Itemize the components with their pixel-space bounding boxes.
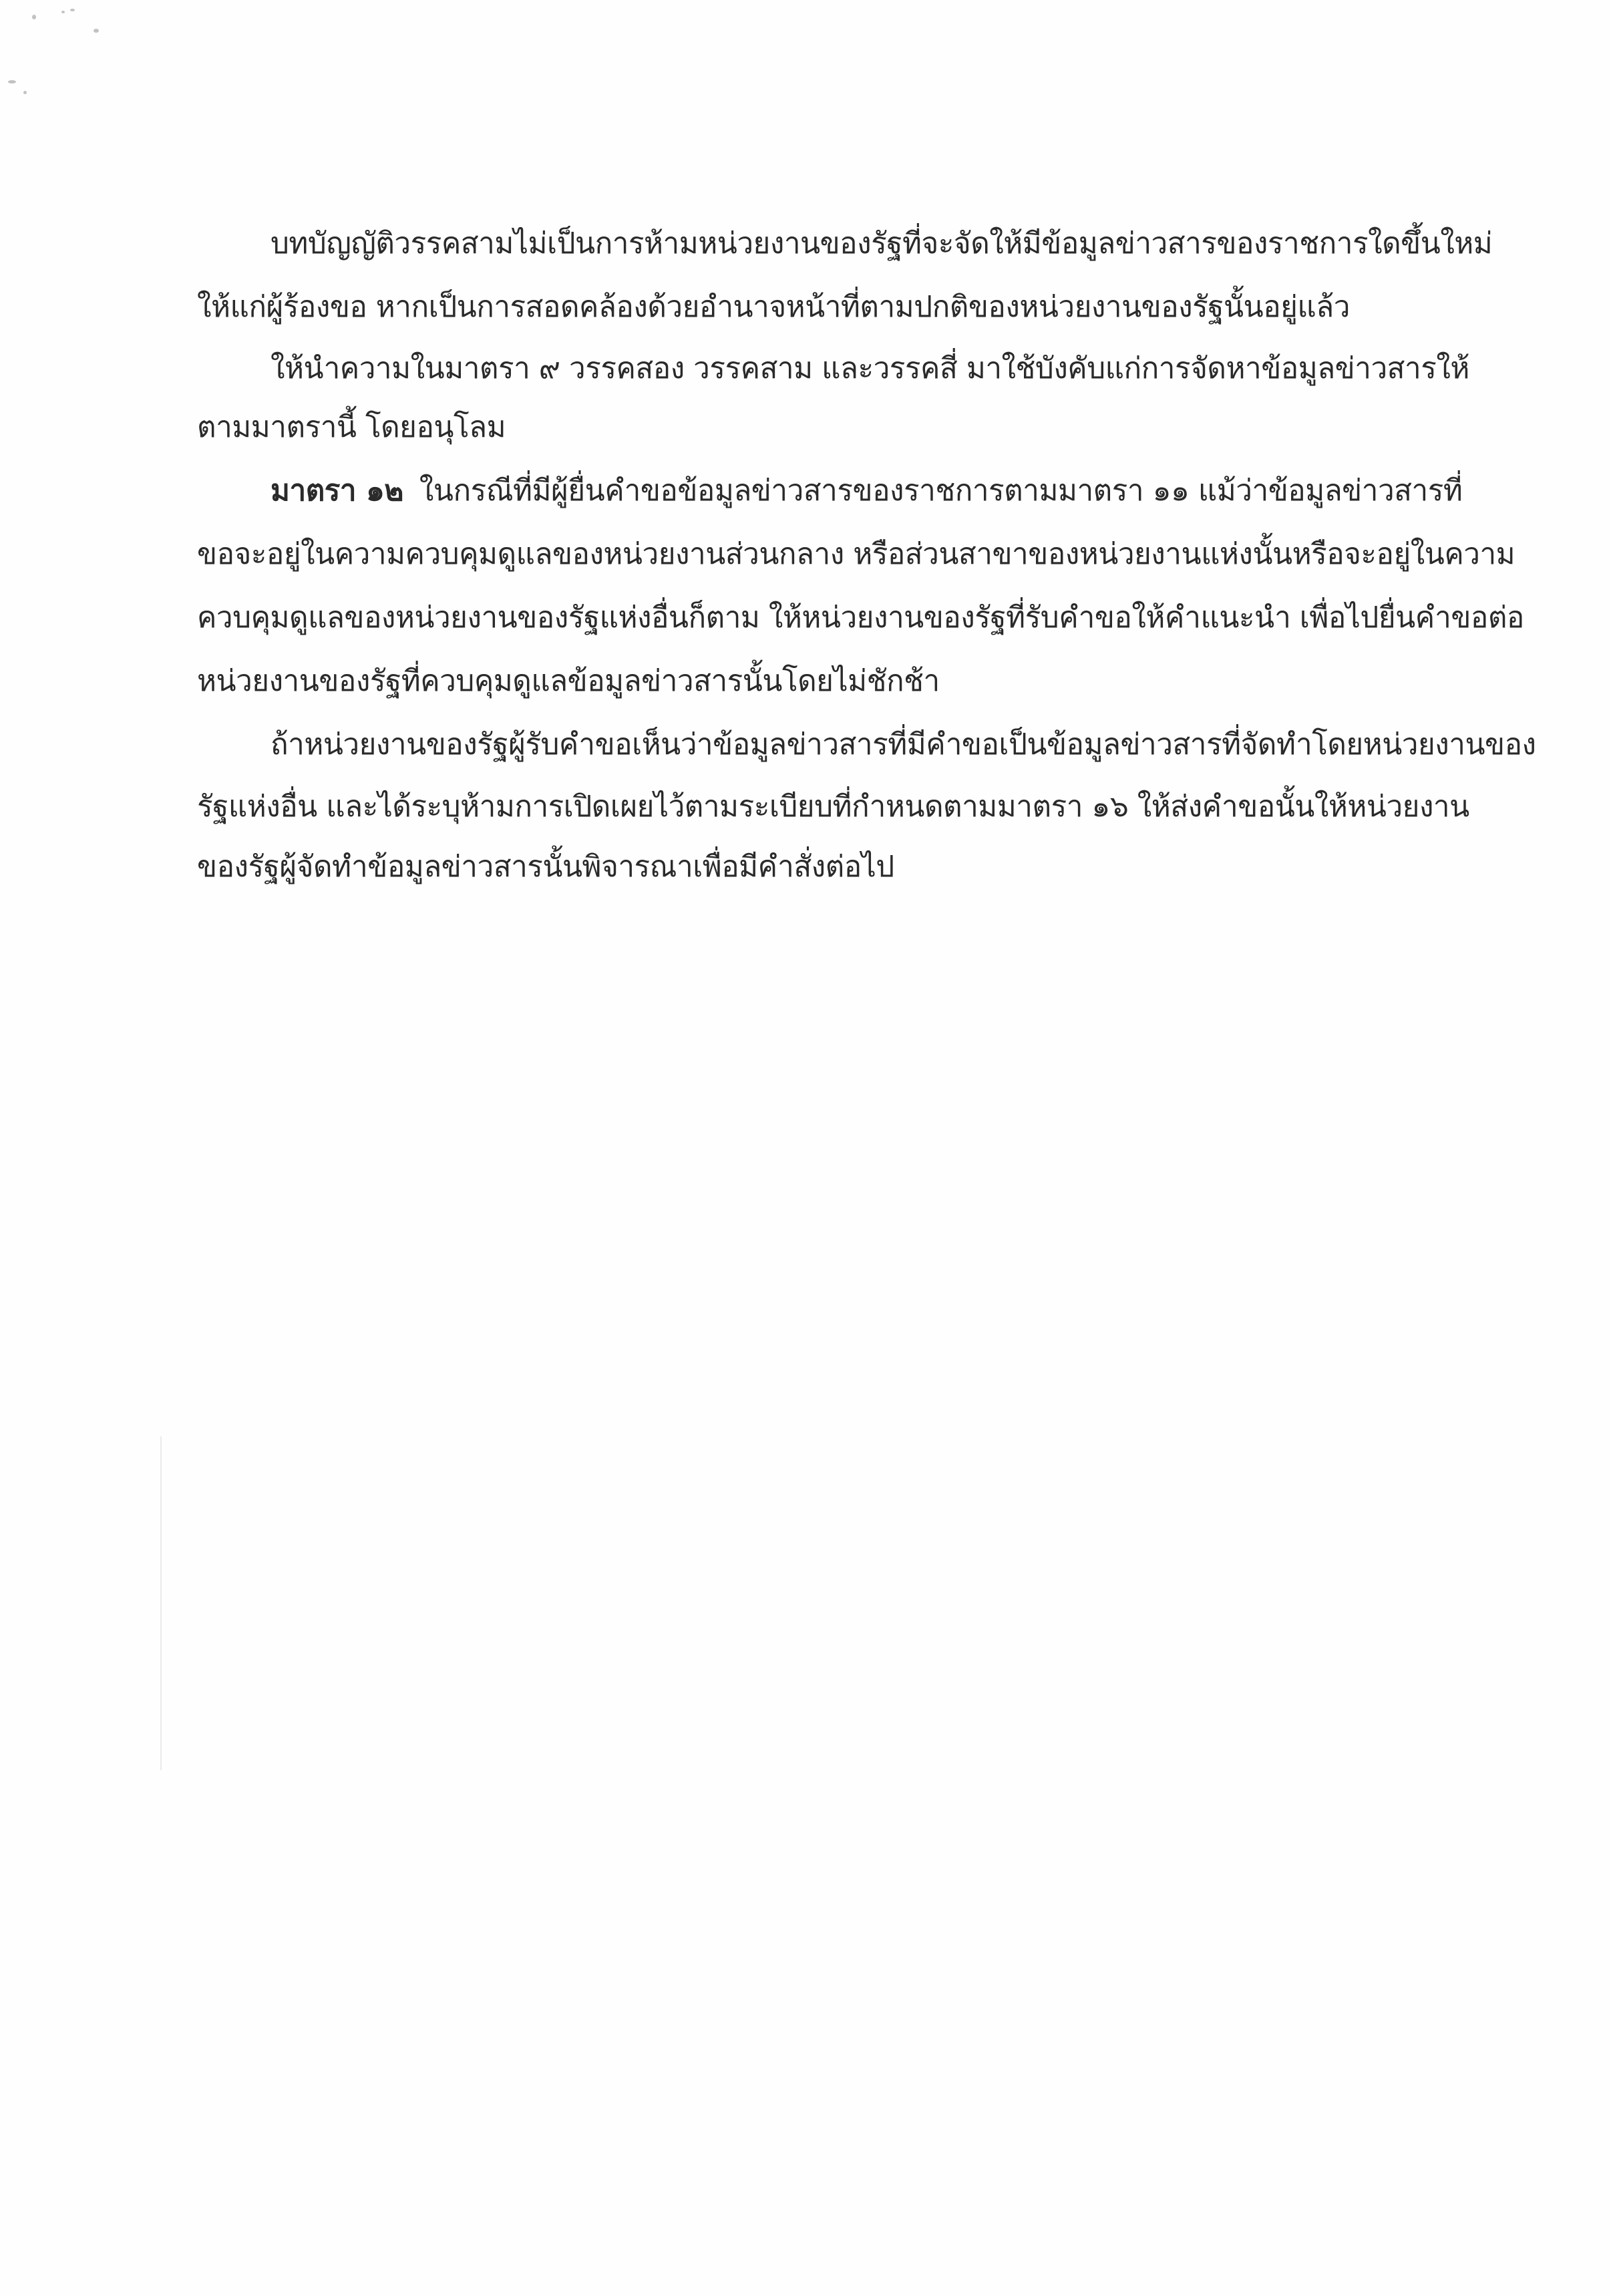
scan-speck — [61, 11, 65, 13]
paragraph-3-line-2: ขอจะอยู่ในความควบคุมดูแลของหน่วยงานส่วนก… — [197, 528, 1439, 581]
paragraph-4-line-1: ถ้าหน่วยงานของรัฐผู้รับคำขอเห็นว่าข้อมูล… — [271, 718, 1439, 772]
scan-artifact — [160, 1436, 162, 1770]
paragraph-3-line-1: มาตรา ๑๒ ในกรณีที่มีผู้ยื่นคำขอข้อมูลข่า… — [271, 464, 1439, 518]
paragraph-3-line-1-text: ในกรณีที่มีผู้ยื่นคำขอข้อมูลข่าวสารของรา… — [419, 464, 1462, 518]
scan-speck — [70, 9, 75, 11]
paragraph-2-line-2: ตามมาตรานี้ โดยอนุโลม — [197, 401, 1439, 454]
paragraph-2-line-1: ให้นำความในมาตรา ๙ วรรคสอง วรรคสาม และวร… — [271, 342, 1439, 395]
paragraph-1-line-1: บทบัญญัติวรรคสามไม่เป็นการห้ามหน่วยงานขอ… — [271, 217, 1439, 271]
paragraph-4-line-2: รัฐแห่งอื่น และได้ระบุห้ามการเปิดเผยไว้ต… — [197, 780, 1419, 834]
scanned-document-page: บทบัญญัติวรรคสามไม่เป็นการห้ามหน่วยงานขอ… — [0, 0, 1609, 2296]
section-label: มาตรา ๑๒ — [271, 464, 403, 518]
scan-speck — [32, 15, 36, 19]
scan-speck — [8, 80, 16, 84]
paragraph-3-line-3: ควบคุมดูแลของหน่วยงานของรัฐแห่งอื่นก็ตาม… — [197, 591, 1439, 645]
scan-speck — [94, 29, 99, 33]
scan-speck — [23, 91, 27, 94]
paragraph-4-line-3: ของรัฐผู้จัดทำข้อมูลข่าวสารนั้นพิจารณาเพ… — [197, 840, 1439, 894]
paragraph-1-line-2: ให้แก่ผู้ร้องขอ หากเป็นการสอดคล้องด้วยอำ… — [197, 281, 1439, 334]
paragraph-3-line-4: หน่วยงานของรัฐที่ควบคุมดูแลข้อมูลข่าวสาร… — [197, 655, 1439, 708]
